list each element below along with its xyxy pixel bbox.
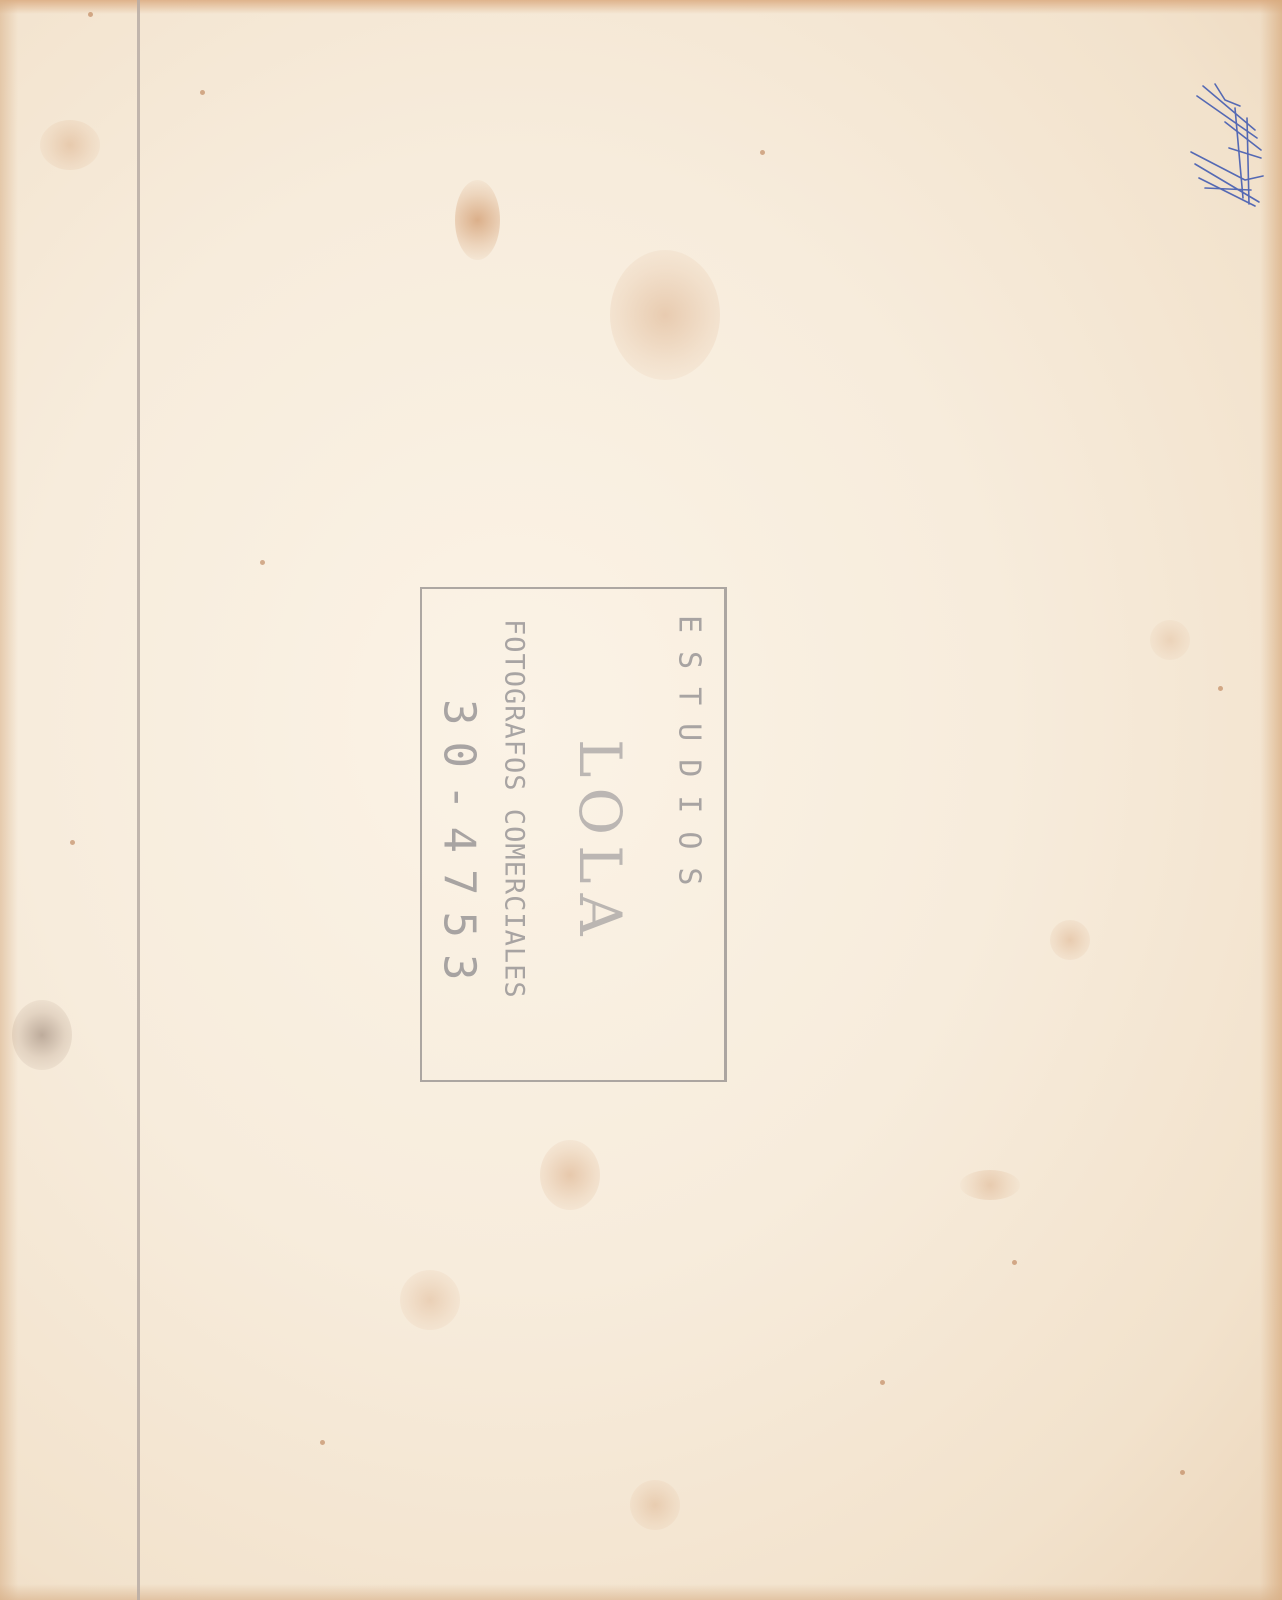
stain	[630, 1480, 680, 1530]
stain	[1050, 920, 1090, 960]
stain	[1150, 620, 1190, 660]
photo-back-sheet: ESTUDIOS LOLA FOTOGRAFOS COMERCIALES 30-…	[0, 0, 1282, 1600]
studio-stamp: ESTUDIOS LOLA FOTOGRAFOS COMERCIALES 30-…	[420, 587, 727, 1082]
speck	[1180, 1470, 1185, 1475]
speck	[880, 1380, 885, 1385]
stain	[400, 1270, 460, 1330]
aged-edge-bottom	[0, 1584, 1282, 1600]
stain	[455, 180, 500, 260]
mildew-spot	[12, 1000, 72, 1070]
speck	[760, 150, 765, 155]
stain	[40, 120, 100, 170]
stamp-description-line: FOTOGRAFOS COMERCIALES	[494, 589, 534, 1110]
speck	[88, 12, 93, 17]
stain	[610, 250, 720, 380]
aged-edge-right	[1260, 0, 1282, 1600]
stamp-studio-line: ESTUDIOS	[664, 589, 714, 1106]
speck	[260, 560, 265, 565]
handwritten-mark	[1185, 78, 1265, 208]
speck	[320, 1440, 325, 1445]
fold-line	[137, 0, 140, 1600]
speck	[70, 840, 75, 845]
speck	[200, 90, 205, 95]
aged-edge-left	[0, 0, 18, 1600]
aged-edge-top	[0, 0, 1282, 14]
stamp-name-line: LOLA	[570, 589, 630, 1230]
speck	[1218, 686, 1223, 691]
speck	[1012, 1260, 1017, 1265]
stain	[960, 1170, 1020, 1200]
stamp-phone-line: 30-4753	[434, 589, 484, 1190]
